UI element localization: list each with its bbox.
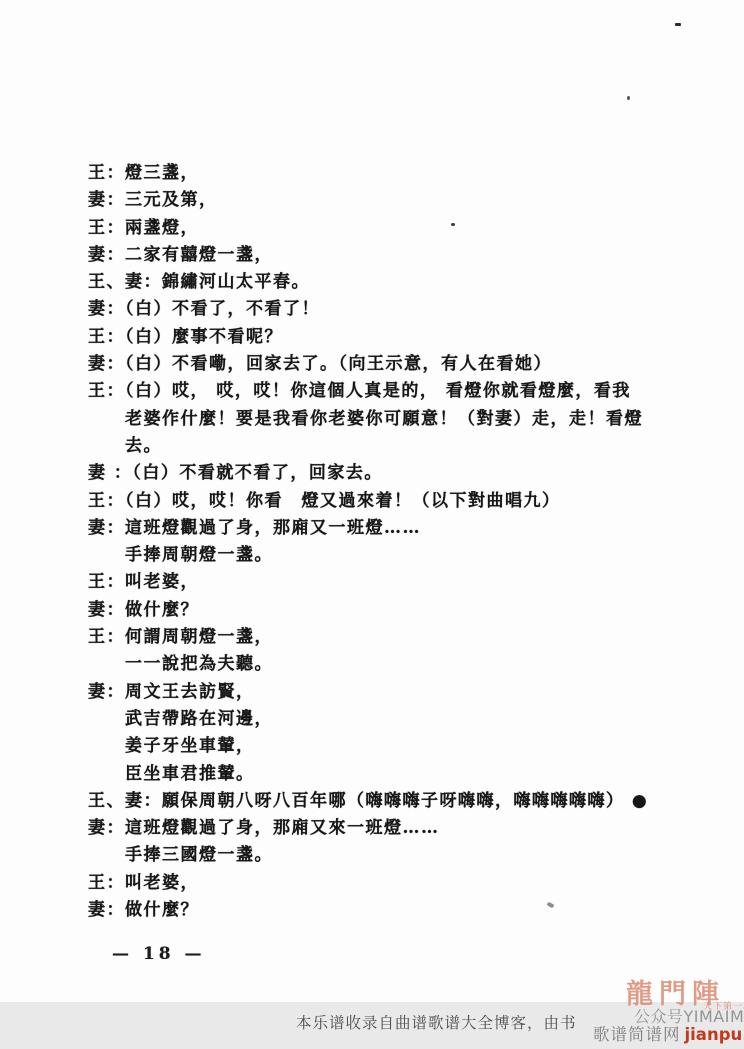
script-line: 妻：（白）不看嘞，回家去了。（向王示意，有人在看她） (88, 351, 688, 378)
script-line: 妻：這班燈觀過了身，那廂又一班燈…… (88, 515, 688, 542)
speaker-label: 妻： (88, 299, 125, 319)
speaker-label: 妻： (88, 518, 125, 538)
line-text: 錦繡河山太平春。 (162, 272, 310, 292)
script-line: 王：兩盞燈， (88, 215, 688, 242)
speaker-label: 王： (88, 572, 125, 592)
script-line: 手捧三國燈一盞。 (88, 842, 688, 869)
line-text: 去。 (125, 436, 162, 456)
speaker-label: 妻： (88, 354, 125, 374)
script-line: 老婆作什麼！要是我看你老婆你可願意！（對妻）走，走！看燈 (88, 406, 688, 433)
speaker-label: 王： (88, 873, 125, 893)
line-text: （白）不看嘞，回家去了。（向王示意，有人在看她） (125, 354, 552, 374)
line-text: （白）不看就不看了，回家去。 (132, 463, 383, 483)
line-text: 老婆作什麼！要是我看你老婆你可願意！（對妻）走，走！看燈 (125, 409, 643, 429)
script-line: 王、妻：願保周朝八呀八百年哪（嗨嗨嗨子呀嗨嗨，嗨嗨嗨嗨嗨） ● (88, 788, 688, 815)
watermark-site-url: jianpu.cn (685, 1025, 744, 1044)
line-text: （白）哎，哎！你看 燈又過來着！（以下對曲唱九） (125, 491, 561, 511)
script-line: 妻：二家有囍燈一盞， (88, 242, 688, 269)
line-text: 叫老婆， (125, 873, 199, 893)
speaker-label: 王： (88, 327, 125, 347)
script-line: 妻：周文王去訪賢， (88, 679, 688, 706)
scan-artifact (627, 96, 630, 100)
script-line: 去。 (88, 433, 688, 460)
script-line: 王：叫老婆， (88, 569, 688, 596)
script-line: 武吉帶路在河邊， (88, 706, 688, 733)
line-text: 一一說把為夫聽。 (125, 654, 273, 674)
speaker-label: 王： (88, 627, 125, 647)
script-line: 王：叫老婆， (88, 870, 688, 897)
speaker-label: 妻： (88, 900, 125, 920)
line-text: （白）麼事不看呢？ (125, 327, 283, 347)
page-number: — 18 — (112, 944, 206, 964)
script-line: 王：（白）哎， 哎，哎！你這個人真是的， 看燈你就看燈麼，看我 (88, 378, 688, 405)
footer-source-note: 本乐谱收录自曲谱歌谱大全博客，由书 (296, 1011, 577, 1033)
line-text: 願保周朝八呀八百年哪（嗨嗨嗨子呀嗨嗨，嗨嗨嗨嗨嗨） ● (162, 791, 648, 811)
script-line: 臣坐車君推輦。 (88, 761, 688, 788)
line-text: 兩盞燈， (125, 218, 199, 238)
scan-artifact (675, 23, 681, 26)
script-line: 妻：這班燈觀過了身，那廂又來一班燈…… (88, 815, 688, 842)
speaker-label: 妻 ： (88, 463, 132, 483)
line-text: 何謂周朝燈一盞， (125, 627, 273, 647)
script-line: 王：（白）哎，哎！你看 燈又過來着！（以下對曲唱九） (88, 488, 688, 515)
line-text: 燈三盞， (125, 163, 199, 183)
script-line: 妻：三元及第， (88, 187, 688, 214)
line-text: 叫老婆， (125, 572, 199, 592)
scan-artifact (451, 223, 455, 226)
script-line: 王：燈三盞， (88, 160, 688, 187)
script-line: 王：（白）麼事不看呢？ (88, 324, 688, 351)
speaker-label: 王、妻： (88, 791, 162, 811)
line-text: 這班燈觀過了身，那廂又來一班燈…… (125, 818, 440, 838)
script-line: 妻 ：（白）不看就不看了，回家去。 (88, 460, 688, 487)
line-text: 二家有囍燈一盞， (125, 245, 273, 265)
script-line: 妻：做什麼？ (88, 897, 688, 924)
script-line: 一一說把為夫聽。 (88, 651, 688, 678)
script-line: 王：何謂周朝燈一盞， (88, 624, 688, 651)
speaker-label: 王： (88, 163, 125, 183)
script-line: 姜子牙坐車輦， (88, 733, 688, 760)
line-text: 武吉帶路在河邊， (125, 709, 273, 729)
line-text: （白）不看了，不看了！ (125, 299, 320, 319)
opera-script-text: 王：燈三盞，妻：三元及第，王：兩盞燈，妻：二家有囍燈一盞，王、妻：錦繡河山太平春… (88, 160, 688, 924)
watermark-site: 歌谱简谱网jianpu.cn.NET (593, 1021, 744, 1045)
watermark-site-name: 歌谱简谱网 (593, 1025, 681, 1044)
line-text: 周文王去訪賢， (125, 682, 255, 702)
line-text: 三元及第， (125, 190, 218, 210)
script-line: 妻：做什麼？ (88, 597, 688, 624)
speaker-label: 妻： (88, 600, 125, 620)
script-line: 妻：（白）不看了，不看了！ (88, 296, 688, 323)
line-text: 做什麼？ (125, 900, 199, 920)
line-text: 手捧三國燈一盞。 (125, 845, 273, 865)
line-text: 做什麼？ (125, 600, 199, 620)
line-text: 姜子牙坐車輦， (125, 736, 255, 756)
script-line: 手捧周朝燈一盞。 (88, 542, 688, 569)
speaker-label: 王： (88, 218, 125, 238)
speaker-label: 王： (88, 491, 125, 511)
speaker-label: 王、妻： (88, 272, 162, 292)
script-line: 王、妻：錦繡河山太平春。 (88, 269, 688, 296)
line-text: 這班燈觀過了身，那廂又一班燈…… (125, 518, 421, 538)
speaker-label: 妻： (88, 190, 125, 210)
line-text: （白）哎， 哎，哎！你這個人真是的， 看燈你就看燈麼，看我 (125, 381, 631, 401)
speaker-label: 妻： (88, 245, 125, 265)
speaker-label: 妻： (88, 818, 125, 838)
speaker-label: 妻： (88, 682, 125, 702)
line-text: 手捧周朝燈一盞。 (125, 545, 273, 565)
line-text: 臣坐車君推輦。 (125, 764, 255, 784)
speaker-label: 王： (88, 381, 125, 401)
